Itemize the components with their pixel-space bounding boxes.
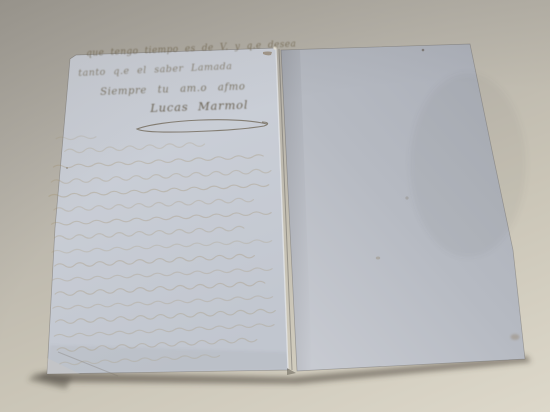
left-page [44,48,288,376]
photo-of-letter: que tengo tiempo es de V. y q.e desea ta… [0,0,550,412]
letter-scene [0,0,550,412]
fold-tear-highlight [273,46,276,49]
right-page [281,44,526,371]
